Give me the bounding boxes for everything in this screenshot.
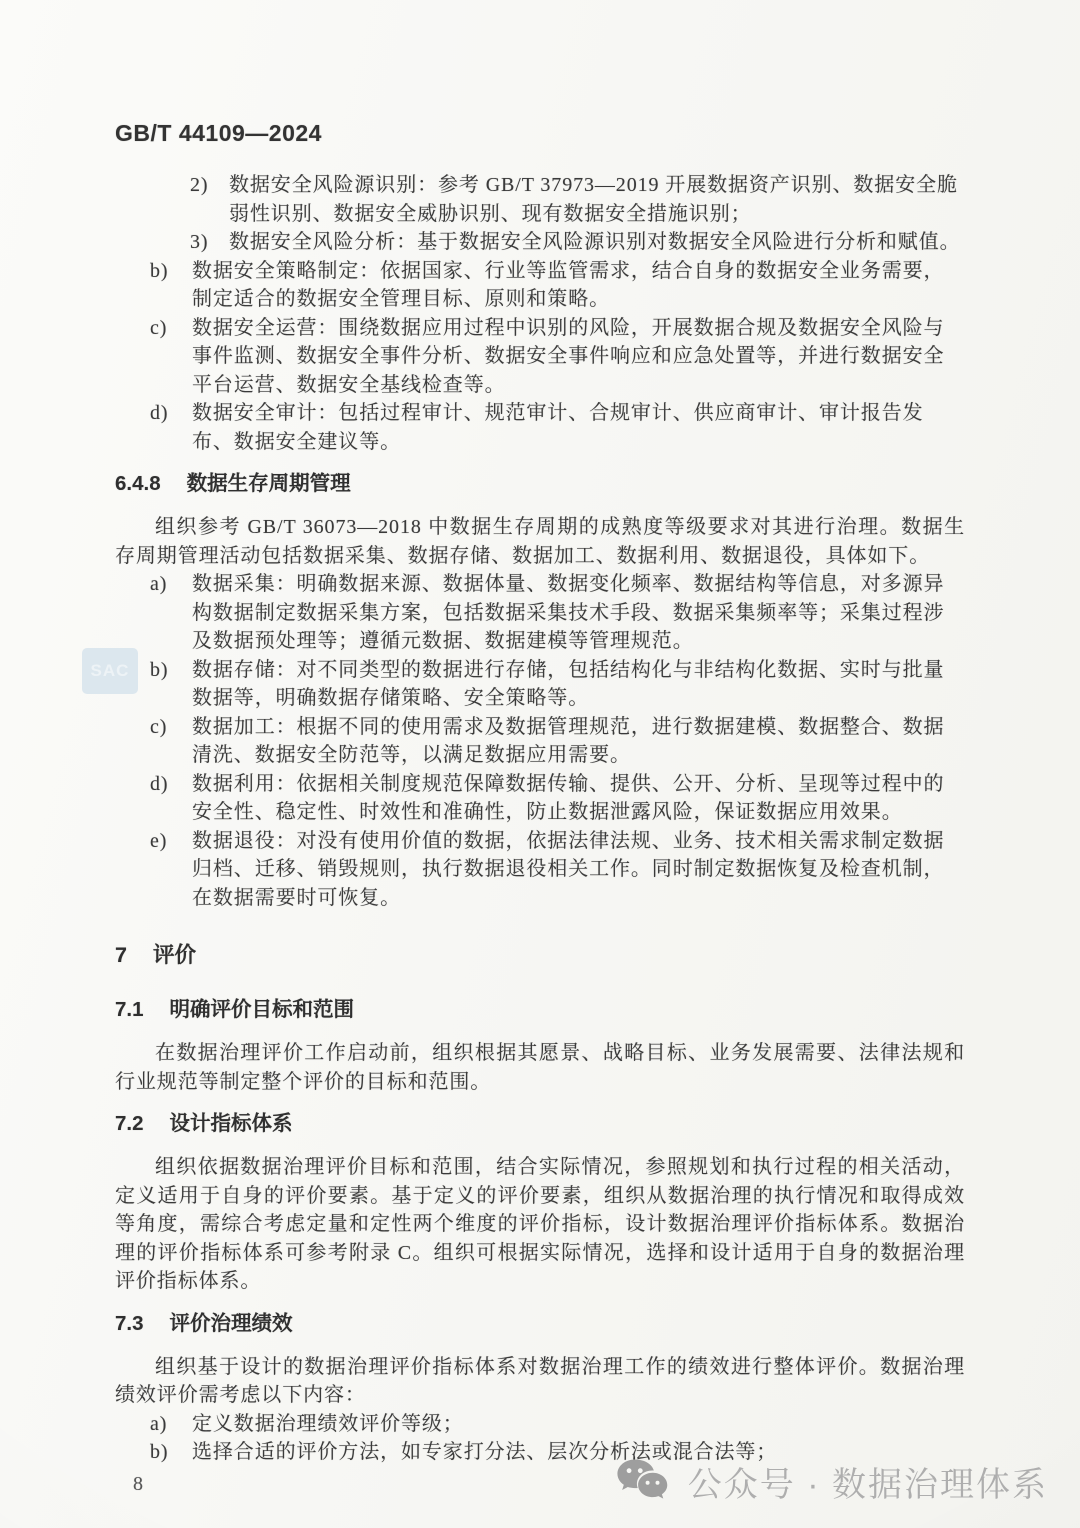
list-item: c) 数据加工：根据不同的使用需求及数据管理规范，进行数据建模、数据整合、数据清… xyxy=(115,713,965,770)
list-item-text: 定义数据治理绩效评价等级； xyxy=(192,1410,965,1439)
paragraph-7-1: 在数据治理评价工作启动前，组织根据其愿景、战略目标、业务发展需要、法律法规和行业… xyxy=(115,1039,965,1096)
list-item-marker: b) xyxy=(150,257,192,286)
section-heading-7-2: 7.2设计指标体系 xyxy=(115,1109,965,1139)
wechat-icon xyxy=(614,1456,670,1506)
list-item-text: 数据安全策略制定：依据国家、行业等监管需求，结合自身的数据安全业务需要，制定适合… xyxy=(192,257,965,314)
list-item-text: 数据退役：对没有使用价值的数据，依据法律法规、业务、技术相关需求制定数据归档、迁… xyxy=(192,827,965,913)
list-item-text: 数据安全运营：围绕数据应用过程中识别的风险，开展数据合规及数据安全风险与事件监测… xyxy=(192,314,965,400)
section-heading-6-4-8: 6.4.8数据生存周期管理 xyxy=(115,469,965,499)
list-item: 3) 数据安全风险分析：基于数据安全风险源识别对数据安全风险进行分析和赋值。 xyxy=(115,228,965,257)
list-item-marker: b) xyxy=(150,656,192,685)
list-item-marker: b) xyxy=(150,1438,192,1467)
list-item-text: 数据安全审计：包括过程审计、规范审计、合规审计、供应商审计、审计报告发布、数据安… xyxy=(192,399,965,456)
list-item: d) 数据利用：依据相关制度规范保障数据传输、提供、公开、分析、呈现等过程中的安… xyxy=(115,770,965,827)
list-item-text: 数据加工：根据不同的使用需求及数据管理规范，进行数据建模、数据整合、数据清洗、数… xyxy=(192,713,965,770)
list-item-marker: d) xyxy=(150,770,192,799)
list-item-marker: a) xyxy=(150,1410,192,1439)
list-item: 2) 数据安全风险源识别：参考 GB/T 37973—2019 开展数据资产识别… xyxy=(115,171,965,228)
list-item-marker: d) xyxy=(150,399,192,428)
list-item: a) 定义数据治理绩效评价等级； xyxy=(115,1410,965,1439)
list-item: a) 数据采集：明确数据来源、数据体量、数据变化频率、数据结构等信息，对多源异构… xyxy=(115,570,965,656)
sac-watermark: SAC xyxy=(82,648,138,694)
list-item: d) 数据安全审计：包括过程审计、规范审计、合规审计、供应商审计、审计报告发布、… xyxy=(115,399,965,456)
list-item-text: 数据利用：依据相关制度规范保障数据传输、提供、公开、分析、呈现等过程中的安全性、… xyxy=(192,770,965,827)
clause-title: 数据生存周期管理 xyxy=(187,472,351,495)
sac-watermark-label: SAC xyxy=(91,661,130,681)
clause-title: 设计指标体系 xyxy=(170,1112,293,1135)
section-heading-7-1: 7.1明确评价目标和范围 xyxy=(115,995,965,1025)
list-item-marker: a) xyxy=(150,570,192,599)
section-heading-7-3: 7.3评价治理绩效 xyxy=(115,1309,965,1339)
list-item-text: 数据安全风险源识别：参考 GB/T 37973—2019 开展数据资产识别、数据… xyxy=(229,171,965,228)
list-item-text: 数据存储：对不同类型的数据进行存储，包括结构化与非结构化数据、实时与批量数据等，… xyxy=(192,656,965,713)
standard-number-header: GB/T 44109—2024 xyxy=(115,120,965,147)
paragraph-6-4-8-intro: 组织参考 GB/T 36073—2018 中数据生存周期的成熟度等级要求对其进行… xyxy=(115,513,965,570)
list-item: b) 数据安全策略制定：依据国家、行业等监管需求，结合自身的数据安全业务需要，制… xyxy=(115,257,965,314)
list-item-text: 数据采集：明确数据来源、数据体量、数据变化频率、数据结构等信息，对多源异构数据制… xyxy=(192,570,965,656)
list-item-marker: 3) xyxy=(190,228,229,257)
wechat-account-label: 公众号 · 数据治理体系 xyxy=(688,1457,1048,1506)
list-item: e) 数据退役：对没有使用价值的数据，依据法律法规、业务、技术相关需求制定数据归… xyxy=(115,827,965,913)
clause-number: 6.4.8 xyxy=(115,472,161,495)
clause-number: 7.1 xyxy=(115,998,144,1021)
page-body: 2) 数据安全风险源识别：参考 GB/T 37973—2019 开展数据资产识别… xyxy=(115,171,965,1496)
clause-title: 评价 xyxy=(153,943,196,967)
wechat-account-watermark: 公众号 · 数据治理体系 xyxy=(614,1456,1048,1506)
clause-number: 7.3 xyxy=(115,1312,144,1335)
list-item-marker: 2) xyxy=(190,171,229,200)
list-item-marker: c) xyxy=(150,713,192,742)
clause-title: 明确评价目标和范围 xyxy=(170,998,355,1021)
list-item-text: 数据安全风险分析：基于数据安全风险源识别对数据安全风险进行分析和赋值。 xyxy=(229,228,965,257)
list-item-marker: e) xyxy=(150,827,192,856)
clause-number: 7.2 xyxy=(115,1112,144,1135)
list-item: b) 数据存储：对不同类型的数据进行存储，包括结构化与非结构化数据、实时与批量数… xyxy=(115,656,965,713)
section-heading-7: 7评价 xyxy=(115,940,965,970)
paragraph-7-2: 组织依据数据治理评价目标和范围，结合实际情况，参照规划和执行过程的相关活动，定义… xyxy=(115,1153,965,1296)
paragraph-7-3: 组织基于设计的数据治理评价指标体系对数据治理工作的绩效进行整体评价。数据治理绩效… xyxy=(115,1353,965,1410)
list-item-marker: c) xyxy=(150,314,192,343)
clause-title: 评价治理绩效 xyxy=(170,1312,293,1335)
clause-number: 7 xyxy=(115,943,127,967)
list-item: c) 数据安全运营：围绕数据应用过程中识别的风险，开展数据合规及数据安全风险与事… xyxy=(115,314,965,400)
document-page: GB/T 44109—2024 SAC 2) 数据安全风险源识别：参考 GB/T… xyxy=(0,0,1080,1528)
